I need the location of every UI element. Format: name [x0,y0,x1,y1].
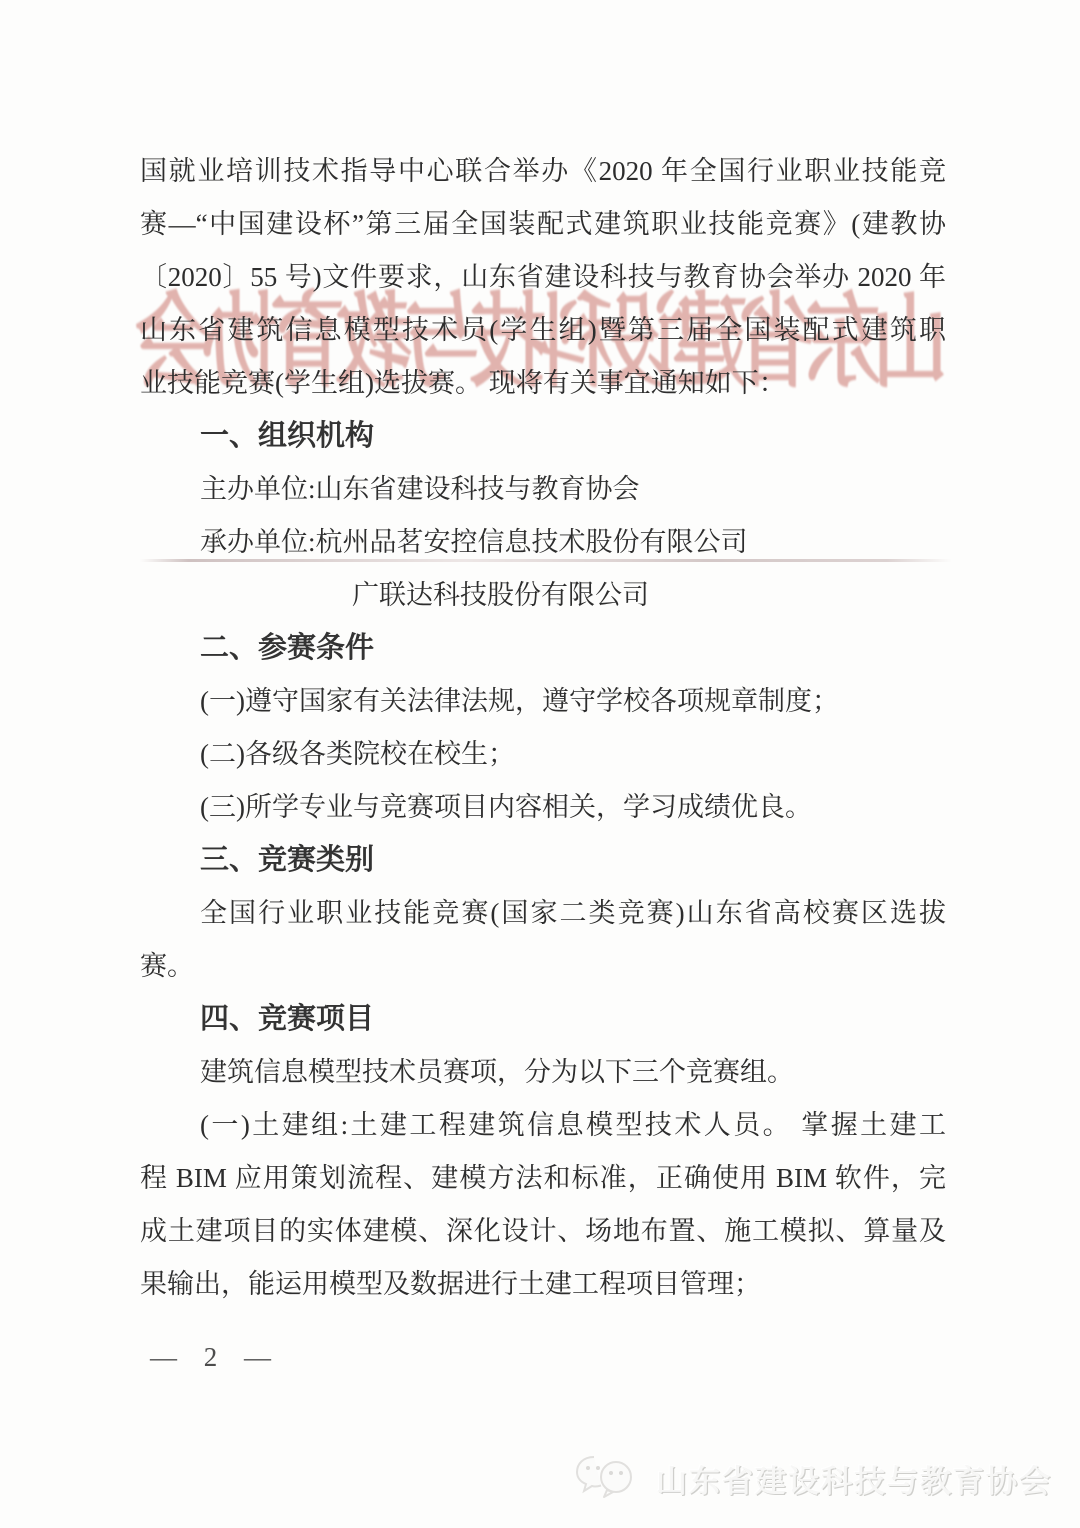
text-line: 建筑信息模型技术员赛项，分为以下三个竞赛组。 [140,1046,946,1099]
text-line: 赛。 [140,940,946,993]
text-line: 〔2020〕55 号)文件要求，山东省建设科技与教育协会举办 2020 年 [140,251,946,304]
footer-org-name: 山东省建设科技与教育协会 [656,1456,1052,1501]
text-line: 程 BIM 应用策划流程、建模方法和标准，正确使用 BIM 软件，完 [140,1152,946,1205]
text-line: 成土建项目的实体建模、深化设计、场地布置、施工模拟、算量及成 [140,1205,946,1258]
text-line: 业技能竞赛(学生组)选拔赛。 现将有关事宜通知如下： [140,357,946,410]
text-line: 山东省建筑信息模型技术员(学生组)暨第三届全国装配式建筑职 [140,304,946,357]
text-line: (一)土建组:土建工程建筑信息模型技术人员。 掌握土建工 [140,1099,946,1152]
association-mascot-icon [574,1451,646,1506]
text-line: 全国行业职业技能竞赛(国家二类竞赛)山东省高校赛区选拔 [140,887,946,940]
text-line: (三)所学专业与竞赛项目内容相关，学习成绩优良。 [140,781,946,834]
section-heading: 三、竞赛类别 [140,834,946,887]
text-line: 国就业培训技术指导中心联合举办《2020 年全国行业职业技能竞 [140,145,946,198]
section-heading: 四、竞赛项目 [140,993,946,1046]
text-line: 主办单位:山东省建设科技与教育协会 [140,463,946,516]
scanned-document-page: 山东省建设科技与教育协会 国就业培训技术指导中心联合举办《2020 年全国行业职… [0,0,1080,1528]
text-line: 广联达科技股份有限公司 [140,569,946,622]
section-heading: 二、参赛条件 [140,622,946,675]
footer-brand: 山东省建设科技与教育协会 [574,1451,1052,1506]
text-line: 赛—“中国建设杯”第三届全国装配式建筑职业技能竞赛》(建教协 [140,198,946,251]
text-line: (二)各级各类院校在校生； [140,728,946,781]
page-number: — 2 — [150,1342,276,1373]
document-body: 国就业培训技术指导中心联合举办《2020 年全国行业职业技能竞 赛—“中国建设杯… [140,145,946,1311]
text-line: (一)遵守国家有关法律法规，遵守学校各项规章制度； [140,675,946,728]
text-line: 果输出，能运用模型及数据进行土建工程项目管理； [140,1258,946,1311]
section-heading: 一、组织机构 [140,410,946,463]
scan-artifact-line [140,559,952,562]
